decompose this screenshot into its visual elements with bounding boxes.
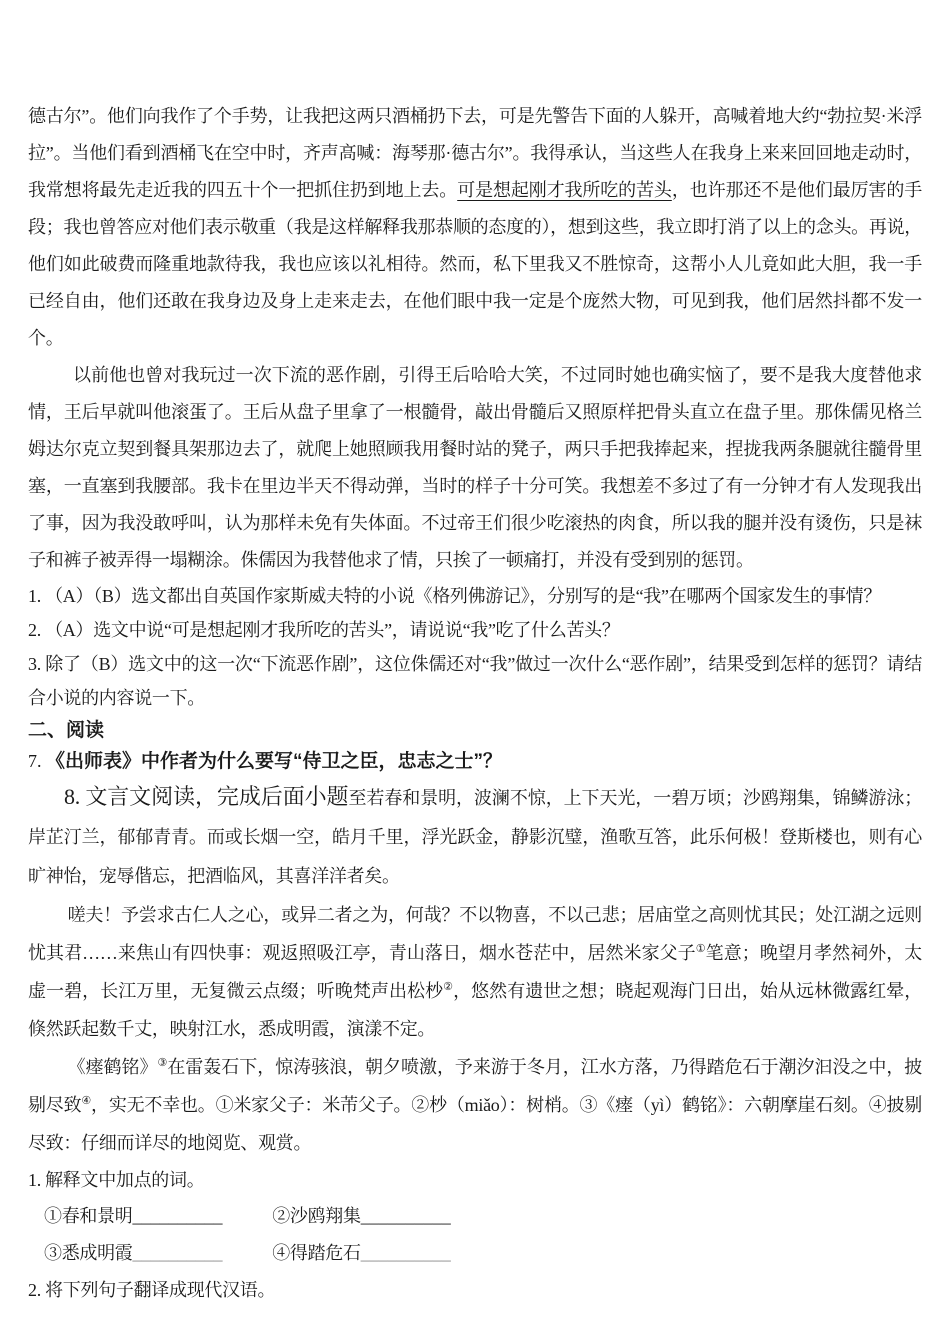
sub-question-2: 2. 将下列句子翻译成现代汉语。	[28, 1272, 922, 1308]
section-heading-reading: 二、阅读	[28, 715, 922, 746]
question-7-number: 7.	[28, 751, 46, 771]
answer-blank-1: __________	[133, 1206, 223, 1226]
question-7: 7. 《出师表》中作者为什么要写“侍卫之臣，忠志之士”？	[28, 746, 922, 777]
word-item-3-label: ③悉成明霞	[44, 1243, 133, 1263]
novel-paragraph-2: 以前他也曾对我玩过一次下流的恶作剧，引得王后哈哈大笑，不过同时她也确实恼了，要不…	[28, 357, 922, 579]
novel-paragraph-1-underlined-phrase: 可是想起刚才我所吃的苦头	[457, 180, 672, 200]
footnote-marker-3: ③	[157, 1057, 167, 1069]
answer-blank-2: __________	[361, 1206, 451, 1226]
answer-blank-3: __________	[133, 1243, 223, 1263]
word-item-4-label: ④得踏危石	[272, 1243, 361, 1263]
answer-blank-4: __________	[361, 1243, 451, 1263]
passage-footnotes: ，实无不幸也。①米家父子：米芾父子。②杪（miǎo）：树梢。③《瘗（yì）鹤铭》…	[28, 1095, 922, 1153]
word-explanation-row-2: ③悉成明霞__________ ④得踏危石__________	[28, 1235, 922, 1272]
word-explanation-cell-1: ①春和景明__________	[44, 1198, 268, 1235]
classical-passage-3-title: 《瘗鹤铭》	[68, 1057, 158, 1077]
classical-passage-3-with-notes: 《瘗鹤铭》③在雷轰石下，惊涛骇浪，朝夕喷激，予来游于冬月，江水方落，乃得踏危石于…	[28, 1048, 922, 1162]
novel-paragraph-1: 德古尔”。他们向我作了个手势，让我把这两只酒桶扔下去，可是先警告下面的人躲开，高…	[28, 98, 922, 357]
footnote-marker-2: ②	[443, 981, 453, 993]
question-7-text: 《出师表》中作者为什么要写“侍卫之臣，忠志之士”？	[46, 751, 502, 772]
novel-question-3: 3. 除了（B）选文中的这一次“下流恶作剧”，这位侏儒还对“我”做过一次什么“恶…	[28, 647, 922, 715]
word-explanation-cell-2: ②沙鸥翔集__________	[272, 1206, 451, 1226]
word-item-1-label: ①春和景明	[44, 1206, 133, 1226]
exam-paper-page: 德古尔”。他们向我作了个手势，让我把这两只酒桶扔下去，可是先警告下面的人躲开，高…	[0, 0, 950, 1344]
question-8-title: 8. 文言文阅读，完成后面小题	[64, 784, 348, 809]
question-8-with-passage: 8. 文言文阅读，完成后面小题至若春和景明，波澜不惊，上下天光，一碧万顷；沙鸥翔…	[28, 777, 922, 896]
word-item-2-label: ②沙鸥翔集	[272, 1206, 361, 1226]
footnote-marker-1: ①	[696, 943, 706, 955]
classical-passage-2: 嗟夫！予尝求古仁人之心，或异二者之为，何哉？不以物喜，不以己悲；居庙堂之高则忧其…	[28, 896, 922, 1048]
novel-paragraph-1-after-underline: ，也许那还不是他们最厉害的手段；我也曾答应对他们表示敬重（我是这样解释我那恭顺的…	[28, 180, 922, 348]
word-explanation-row-1: ①春和景明__________ ②沙鸥翔集__________	[28, 1198, 922, 1235]
sub-question-1: 1. 解释文中加点的词。	[28, 1162, 922, 1198]
novel-question-2: 2. （A）选文中说“可是想起刚才我所吃的苦头”，请说说“我”吃了什么苦头？	[28, 613, 922, 647]
word-explanation-cell-3: ③悉成明霞__________	[44, 1235, 268, 1272]
footnote-marker-4: ④	[81, 1095, 91, 1107]
word-explanation-cell-4: ④得踏危石__________	[272, 1243, 451, 1263]
novel-question-1: 1. （A）（B）选文都出自英国作家斯威夫特的小说《格列佛游记》，分别写的是“我…	[28, 579, 922, 613]
